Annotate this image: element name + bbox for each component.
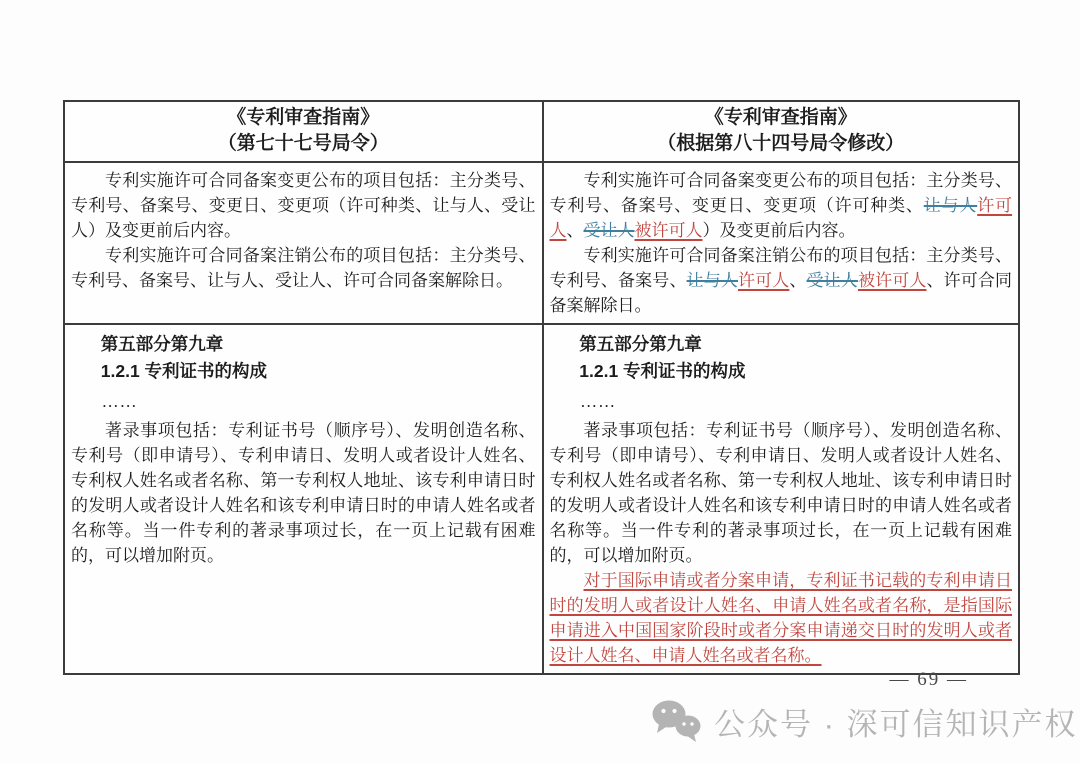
license-old-paragraph-1: 专利实施许可合同备案变更公布的项目包括：主分类号、专利号、备案号、变更日、变更项… [71, 168, 536, 243]
header-cell-old-version: 《专利审查指南》 （第七十七号局令） [65, 102, 542, 161]
certificate-new-body: 著录事项包括：专利证书号（顺序号）、发明创造名称、专利号（即申请号）、专利申请日… [550, 418, 1013, 568]
section-heading: 1.2.1 专利证书的构成 [550, 359, 1013, 384]
new-version-subtitle: （根据第八十四号局令修改） [544, 131, 1019, 157]
ellipsis: …… [71, 392, 536, 412]
inserted-text: 许可人 [738, 271, 789, 290]
deleted-text: 受让人 [807, 271, 858, 290]
header-cell-new-version: 《专利审查指南》 （根据第八十四号局令修改） [542, 102, 1019, 161]
document-page: 《专利审查指南》 （第七十七号局令） 《专利审查指南》 （根据第八十四号局令修改… [0, 0, 1080, 764]
page-number: — 69 — [890, 669, 969, 691]
ellipsis: …… [550, 392, 1013, 412]
chapter-heading: 第五部分第九章 [550, 332, 1013, 357]
table-header-row: 《专利审查指南》 （第七十七号局令） 《专利审查指南》 （根据第八十四号局令修改… [65, 102, 1018, 161]
deleted-text: 让与人 [687, 271, 738, 290]
new-version-title: 《专利审查指南》 [544, 105, 1019, 131]
license-record-row: 专利实施许可合同备案变更公布的项目包括：主分类号、专利号、备案号、变更日、变更项… [65, 161, 1018, 323]
inserted-text: 被许可人 [858, 271, 927, 290]
inserted-text: 被许可人 [635, 221, 703, 240]
text-segment: 、 [567, 221, 584, 240]
text-segment: 、 [789, 271, 806, 290]
comparison-table: 《专利审查指南》 （第七十七号局令） 《专利审查指南》 （根据第八十四号局令修改… [63, 100, 1020, 675]
deleted-text: 让与人 [924, 196, 977, 215]
text-segment: ）及变更前后内容。 [703, 221, 856, 240]
certificate-cell-old: 第五部分第九章 1.2.1 专利证书的构成 …… 著录事项包括：专利证书号（顺序… [65, 325, 542, 673]
watermark-text: 公众号 · 深可信知识产权 [714, 699, 1078, 744]
license-cell-new: 专利实施许可合同备案变更公布的项目包括：主分类号、专利号、备案号、变更日、变更项… [542, 163, 1019, 323]
license-old-paragraph-2: 专利实施许可合同备案注销公布的项目包括：主分类号、专利号、备案号、让与人、受让人… [71, 243, 536, 293]
wechat-icon [650, 698, 702, 744]
certificate-row: 第五部分第九章 1.2.1 专利证书的构成 …… 著录事项包括：专利证书号（顺序… [65, 323, 1018, 673]
old-version-title: 《专利审查指南》 [65, 105, 542, 131]
deleted-text: 受让人 [584, 221, 635, 240]
chapter-heading: 第五部分第九章 [71, 332, 536, 357]
inserted-paragraph: 对于国际申请或者分案申请，专利证书记载的专利申请日时的发明人或者设计人姓名、申请… [550, 568, 1013, 668]
certificate-old-body: 著录事项包括：专利证书号（顺序号）、发明创造名称、专利号（即申请号）、专利申请日… [71, 418, 536, 568]
license-new-paragraph-2: 专利实施许可合同备案注销公布的项目包括：主分类号、专利号、备案号、让与人许可人、… [550, 243, 1013, 318]
certificate-cell-new: 第五部分第九章 1.2.1 专利证书的构成 …… 著录事项包括：专利证书号（顺序… [542, 325, 1019, 673]
old-version-subtitle: （第七十七号局令） [65, 131, 542, 157]
license-cell-old: 专利实施许可合同备案变更公布的项目包括：主分类号、专利号、备案号、变更日、变更项… [65, 163, 542, 323]
watermark: 公众号 · 深可信知识产权 [650, 698, 1078, 744]
license-new-paragraph-1: 专利实施许可合同备案变更公布的项目包括：主分类号、专利号、备案号、变更日、变更项… [550, 168, 1013, 243]
section-heading: 1.2.1 专利证书的构成 [71, 359, 536, 384]
